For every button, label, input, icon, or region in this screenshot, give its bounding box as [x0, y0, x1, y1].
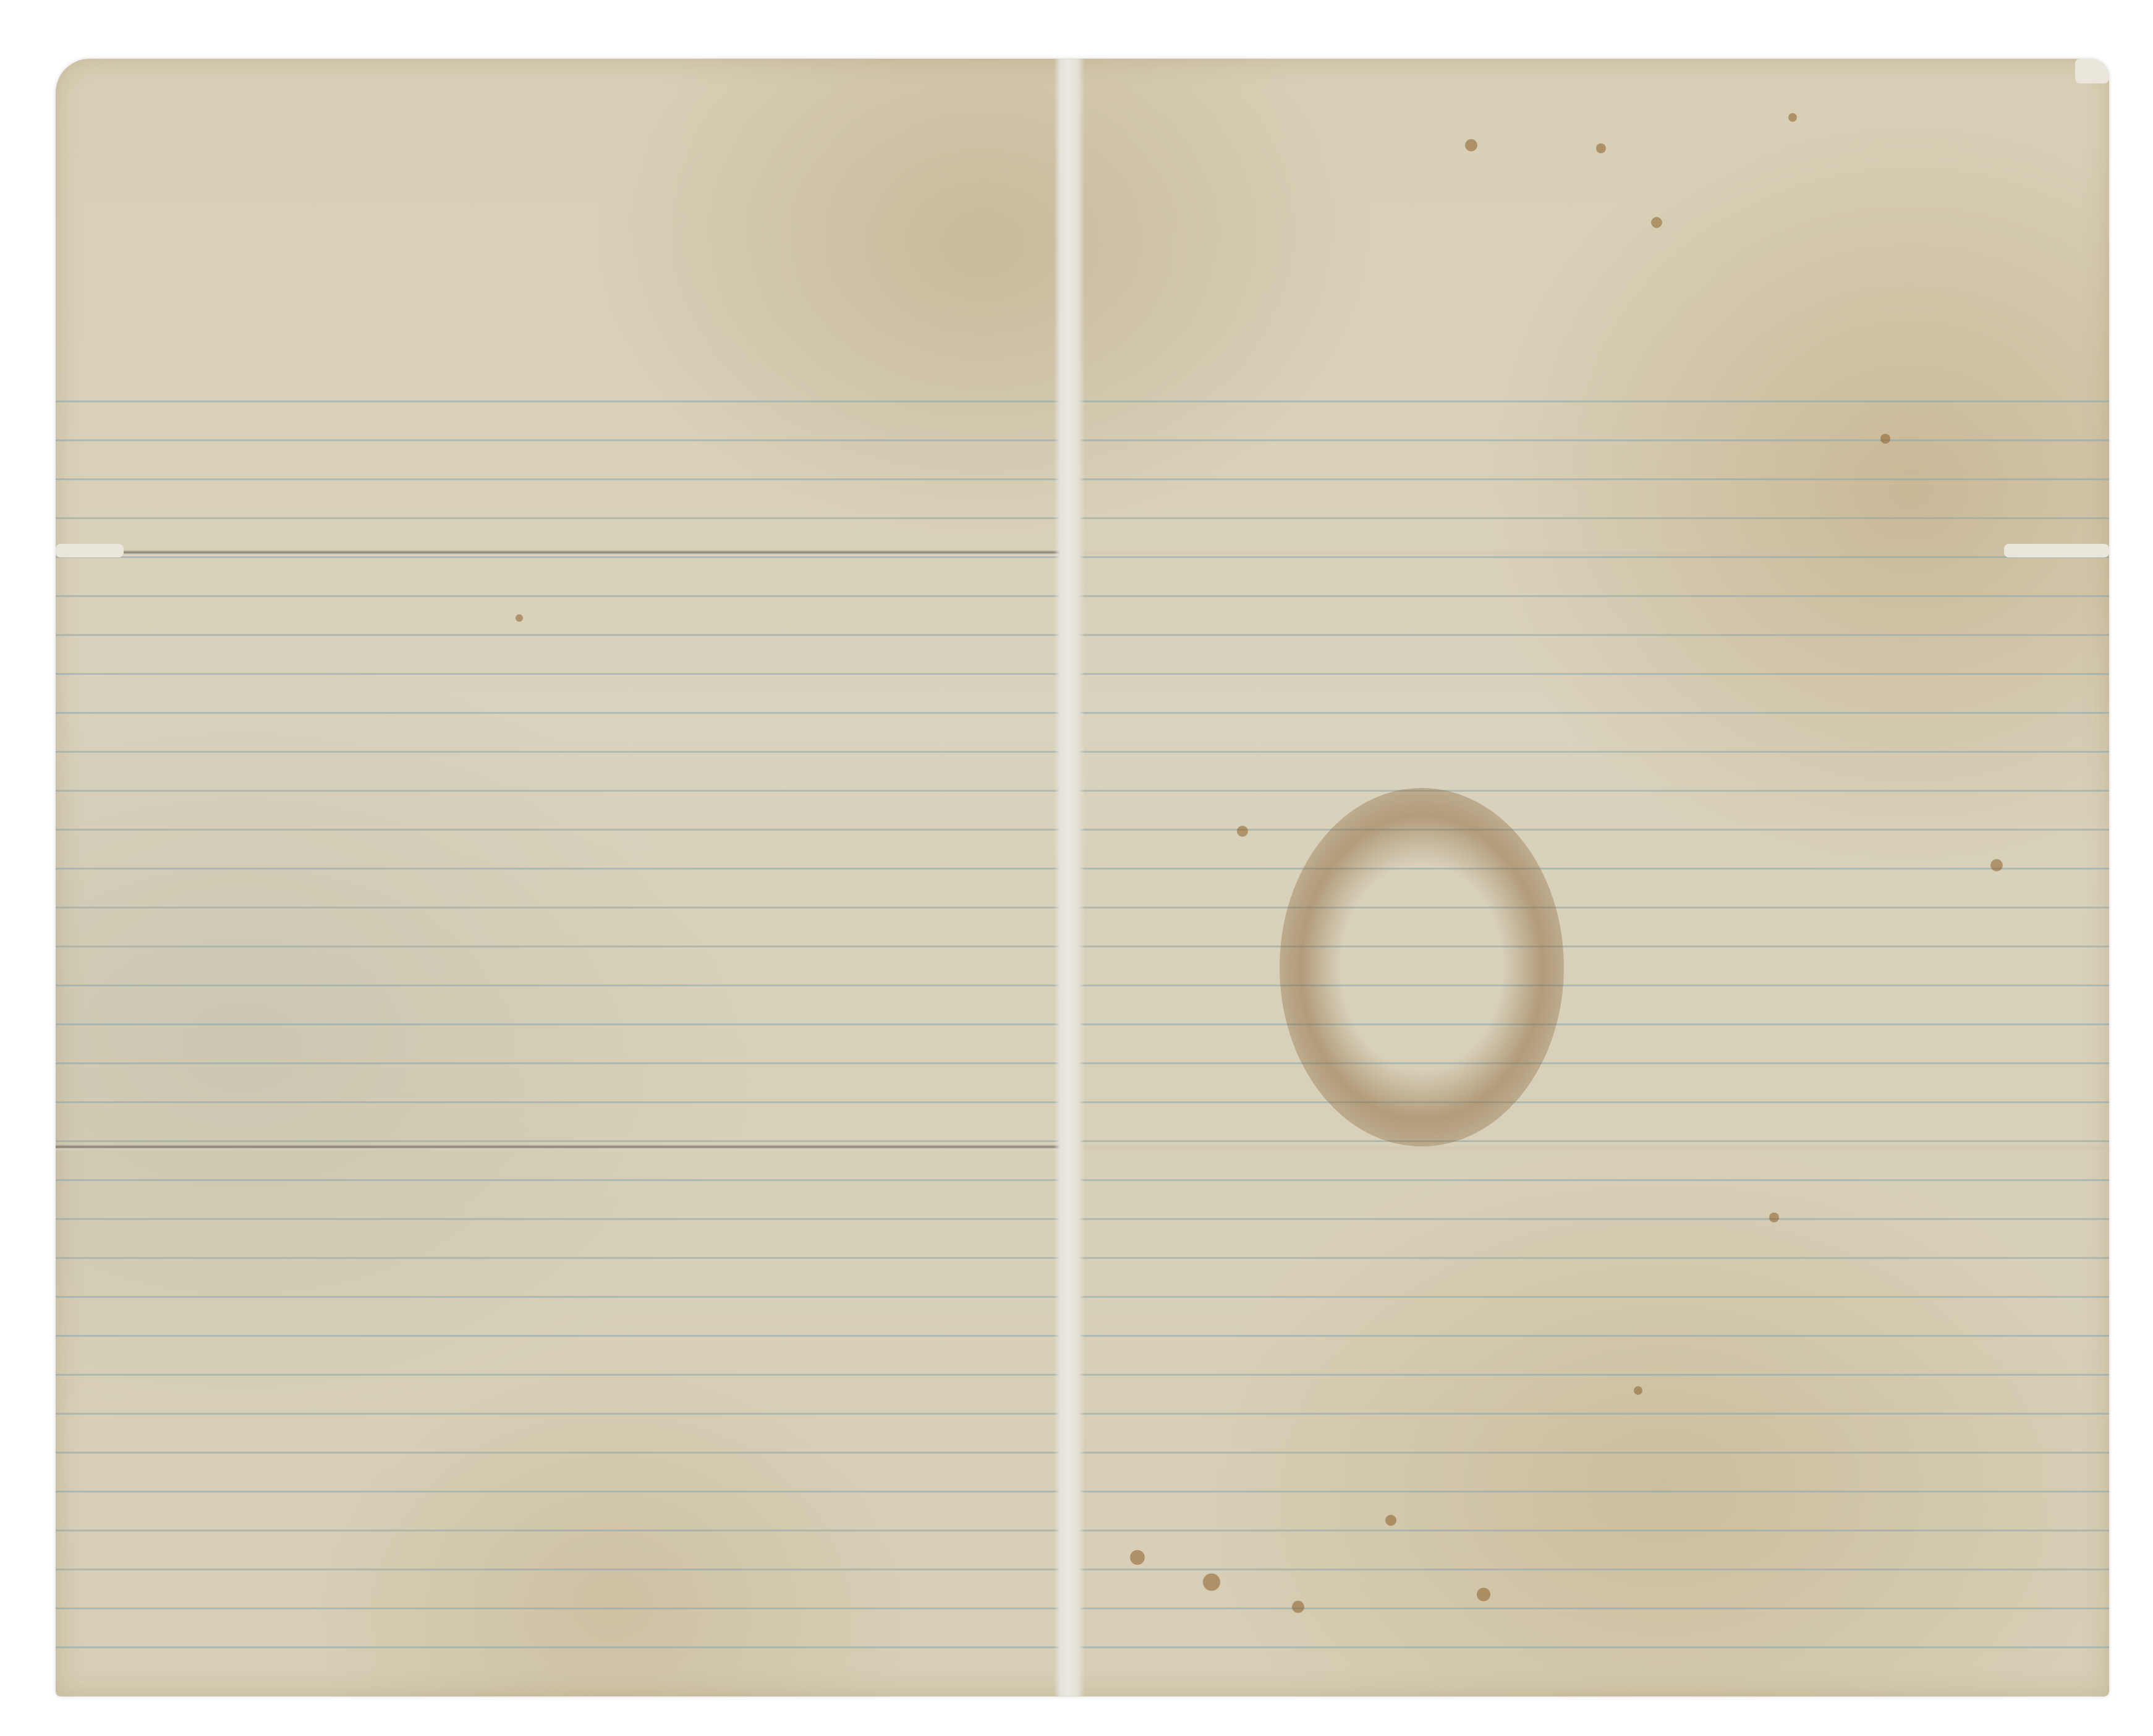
- fold-crease: [1082, 1145, 2109, 1151]
- stain-spot: [1237, 826, 1248, 837]
- left-edge-tear: [56, 544, 124, 557]
- ring-stain: [1280, 788, 1564, 1146]
- stain-spot: [1596, 143, 1606, 153]
- stain-spot: [1477, 1588, 1490, 1601]
- stain-spot: [1292, 1601, 1304, 1613]
- stain-spot: [1465, 139, 1477, 151]
- paper-sheet: [56, 59, 2109, 1696]
- stain-spot: [516, 614, 523, 622]
- stain-spot: [1990, 859, 2003, 871]
- stain-spot: [1634, 1386, 1642, 1395]
- vertical-fold-tear: [1054, 59, 1085, 1696]
- right-edge-tear: [2004, 544, 2109, 557]
- top-right-torn-corner: [2075, 59, 2109, 83]
- fold-crease: [56, 1145, 1063, 1151]
- stain-spot: [1385, 1515, 1396, 1526]
- stain-spot: [1203, 1573, 1220, 1591]
- stain-spot: [1769, 1213, 1779, 1222]
- stain-spot: [1880, 434, 1890, 444]
- fold-crease: [1082, 550, 2109, 556]
- fold-crease: [56, 550, 1063, 556]
- stain-spot: [1788, 113, 1797, 122]
- stain-spot: [1651, 217, 1662, 228]
- stain-spot: [1130, 1550, 1145, 1565]
